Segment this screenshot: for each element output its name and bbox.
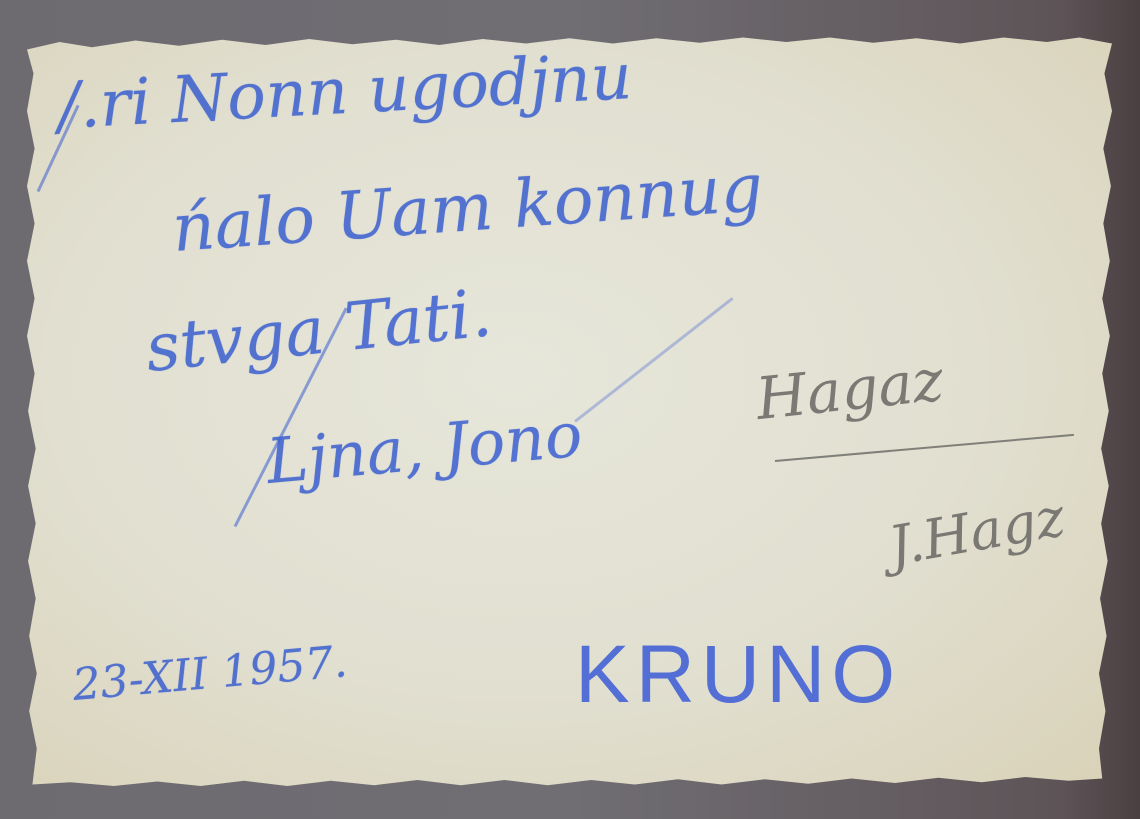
name-stamp: KRUNO xyxy=(575,628,901,722)
